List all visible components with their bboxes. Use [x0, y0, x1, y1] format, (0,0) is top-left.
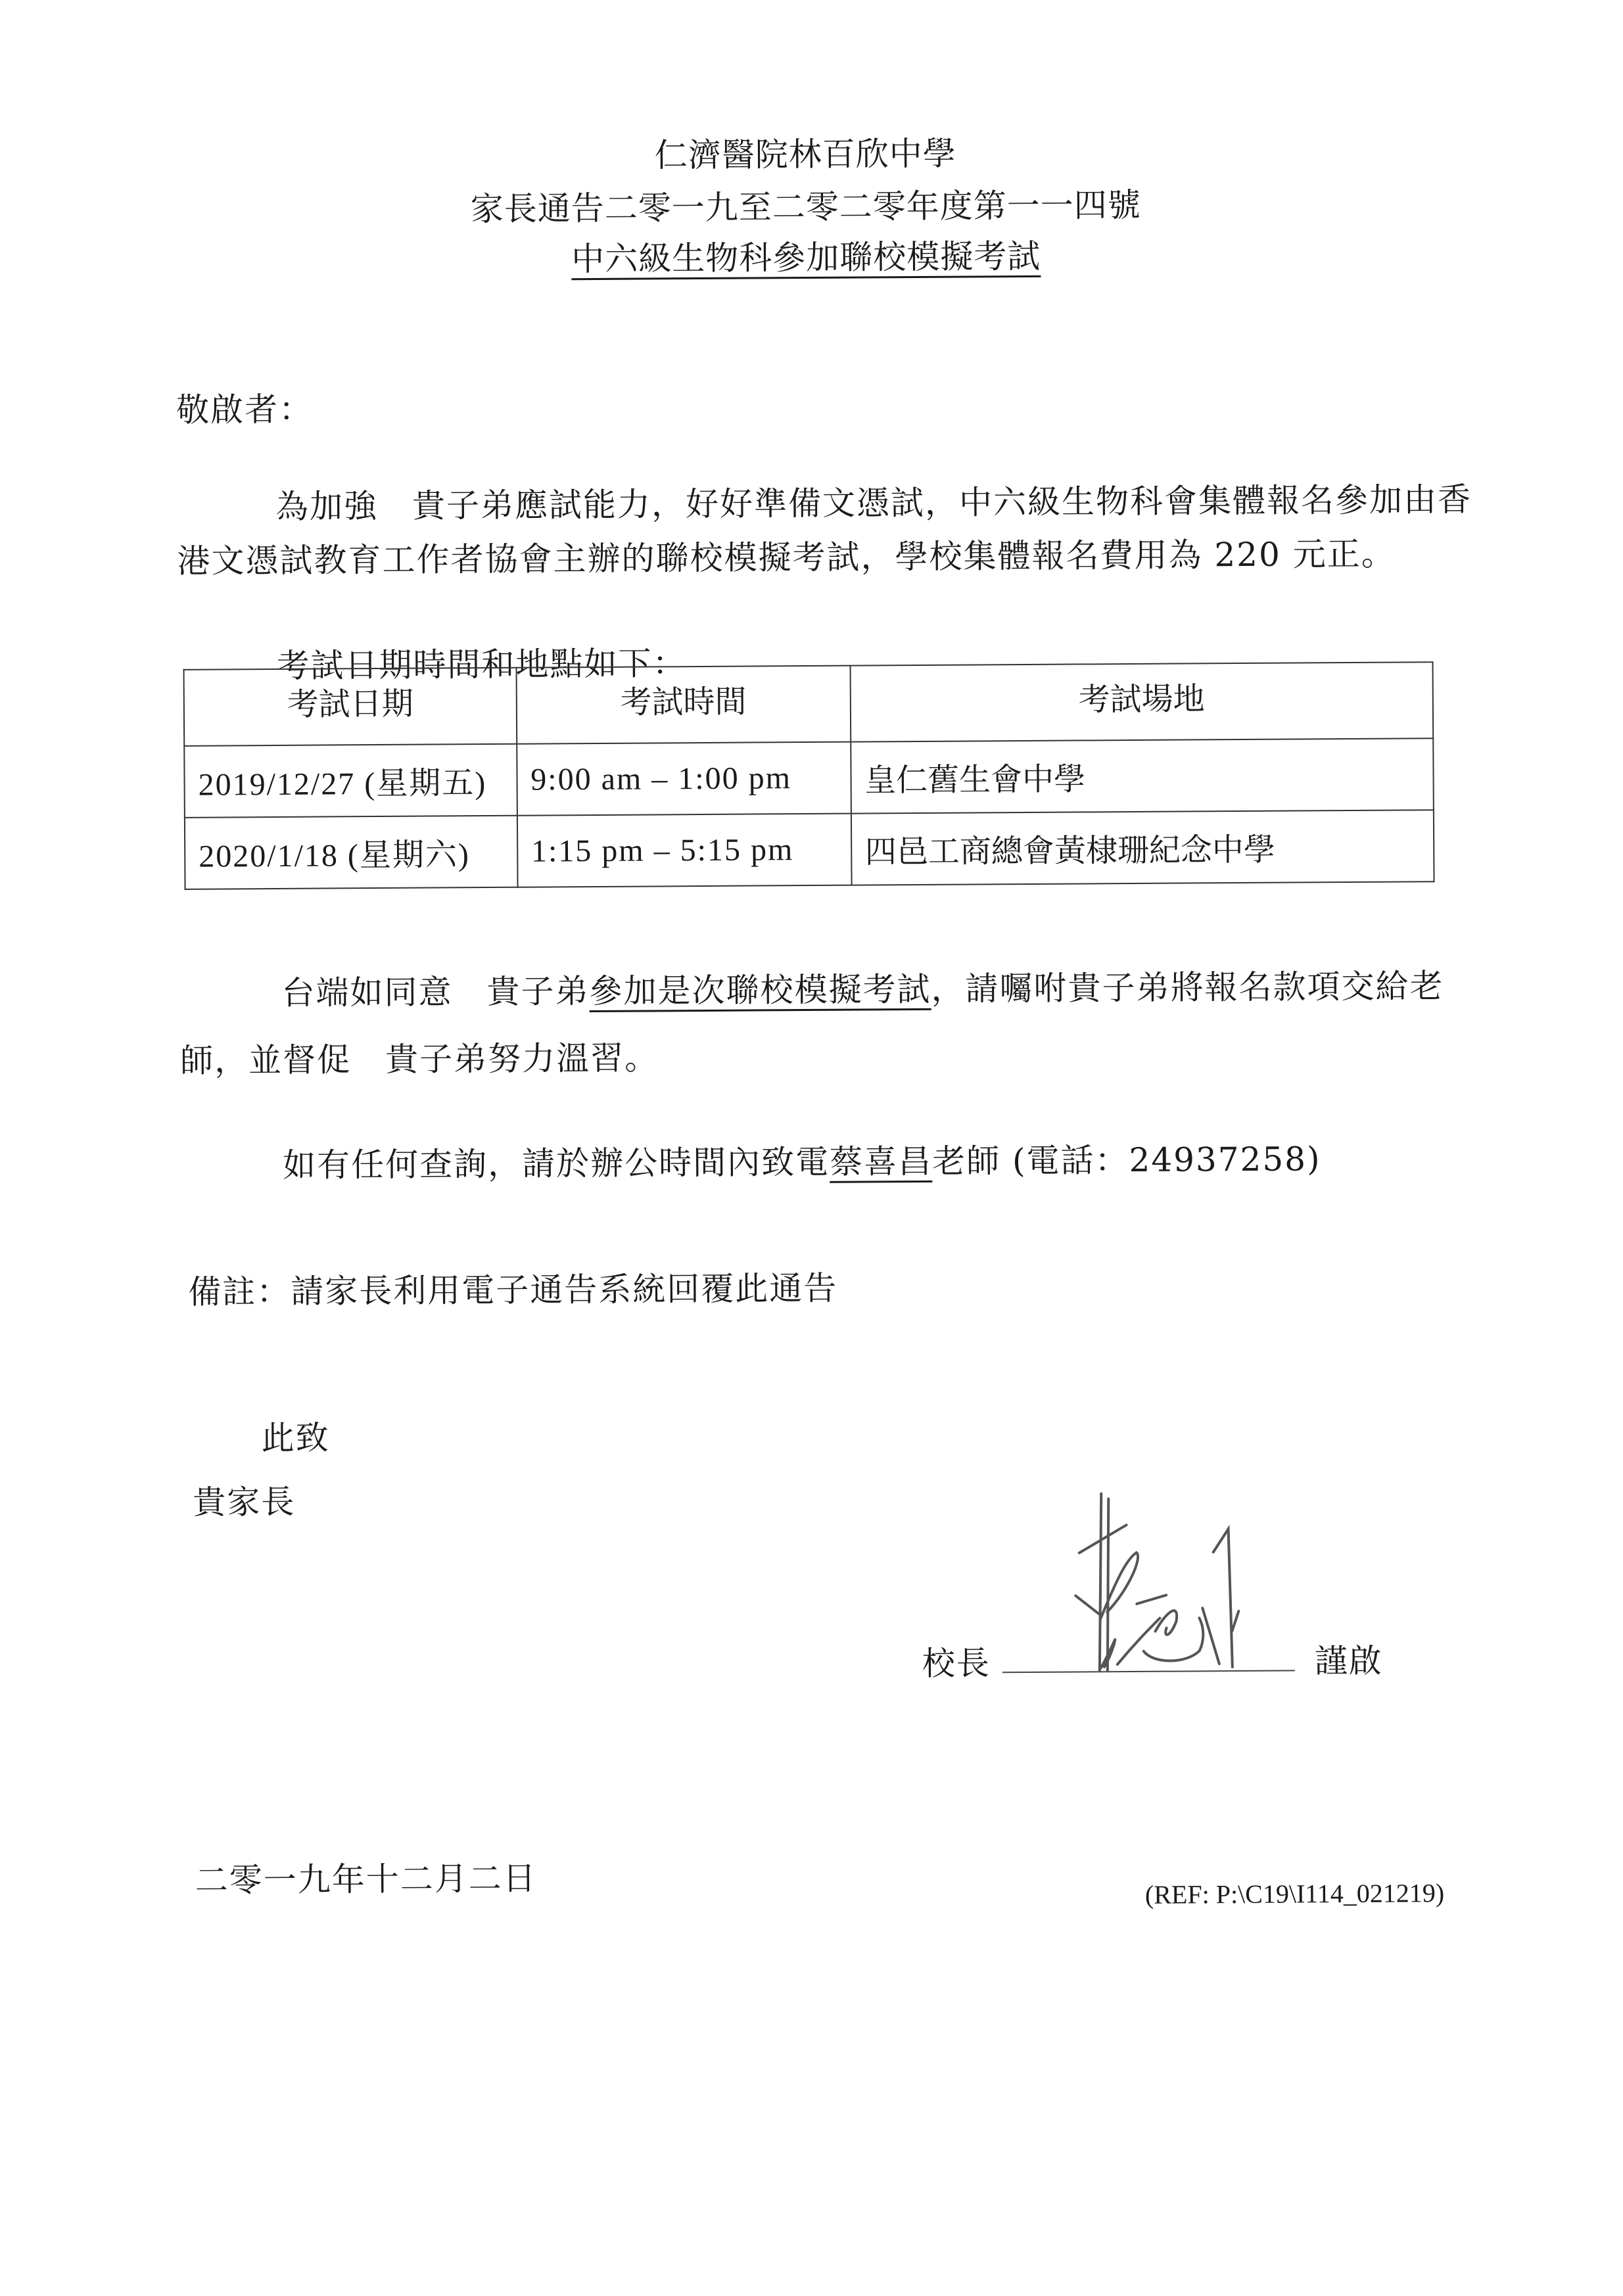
paragraph2-post: ，請囑咐貴子弟將報名款項交給老: [931, 967, 1444, 1008]
exam-date-cell: 2020/1/18 (星期六): [185, 816, 517, 889]
header-exam-time: 考試時間: [516, 666, 851, 744]
table-row: 2020/1/18 (星期六) 1:15 pm – 5:15 pm 四邑工商總會…: [185, 810, 1434, 889]
paragraph2-line1: 台端如同意 貴子弟參加是次聯校模擬考試，請囑咐貴子弟將報名款項交給老: [281, 960, 1444, 1014]
exam-venue-cell: 四邑工商總會黃棣珊紀念中學: [851, 810, 1434, 885]
header-exam-date: 考試日期: [184, 668, 517, 746]
exam-date-cell: 2019/12/27 (星期五): [184, 744, 517, 818]
closing-line1: 此致: [261, 1411, 329, 1459]
notice-subject: 中六級生物科參加聯校模擬考試: [0, 226, 1618, 283]
signature-suffix: 謹啟: [1315, 1635, 1383, 1683]
closing-line2: 貴家長: [193, 1476, 295, 1524]
remark: 備註：請家長利用電子通告系統回覆此通告: [188, 1262, 837, 1313]
paragraph2-underlined: 參加是次聯校模擬考試: [589, 970, 931, 1010]
notice-page: 仁濟醫院林百欣中學 家長通告二零一九至二零二零年度第一一四號 中六級生物科參加聯…: [0, 0, 1623, 2296]
paragraph3-post: 老師 (電話：24937258): [932, 1140, 1321, 1181]
exam-venue-cell: 皇仁舊生會中學: [851, 738, 1434, 813]
reference-code: (REF: P:\C19\I114_021219): [1145, 1877, 1444, 1910]
exam-time-cell: 9:00 am – 1:00 pm: [517, 742, 851, 816]
notice-date: 二零一九年十二月二日: [195, 1852, 537, 1902]
school-name: 仁濟醫院林百欣中學: [0, 123, 1617, 180]
header-exam-venue: 考試場地: [850, 662, 1433, 741]
table-row: 2019/12/27 (星期五) 9:00 am – 1:00 pm 皇仁舊生會…: [184, 738, 1434, 818]
principal-signature-icon: [1001, 1480, 1292, 1679]
paragraph1-line1: 為加強 貴子弟應試能力，好好準備文憑試，中六級生物科會集體報名參加由香: [275, 473, 1472, 528]
paragraph2-pre: 台端如同意 貴子弟: [281, 972, 589, 1012]
table-header-row: 考試日期 考試時間 考試場地: [184, 662, 1434, 746]
salutation: 敬啟者：: [176, 383, 313, 431]
paragraph2-line2: 師，並督促 貴子弟努力溫習。: [180, 1031, 659, 1081]
teacher-name: 蔡喜昌: [830, 1142, 932, 1181]
exam-time-cell: 1:15 pm – 5:15 pm: [517, 814, 852, 887]
paragraph3-pre: 如有任何查詢，請於辦公時間內致電: [283, 1143, 830, 1184]
paragraph1-line2: 港文憑試教育工作者協會主辦的聯校模擬考試，學校集體報名費用為 220 元正。: [177, 528, 1396, 582]
paragraph3: 如有任何查詢，請於辦公時間內致電蔡喜昌老師 (電話：24937258): [283, 1133, 1321, 1186]
notice-subject-text: 中六級生物科參加聯校模擬考試: [571, 237, 1041, 278]
exam-schedule-table: 考試日期 考試時間 考試場地 2019/12/27 (星期五) 9:00 am …: [183, 661, 1435, 890]
principal-title: 校長: [922, 1637, 991, 1685]
notice-number: 家長通告二零一九至二零二零年度第一一四號: [0, 176, 1617, 233]
